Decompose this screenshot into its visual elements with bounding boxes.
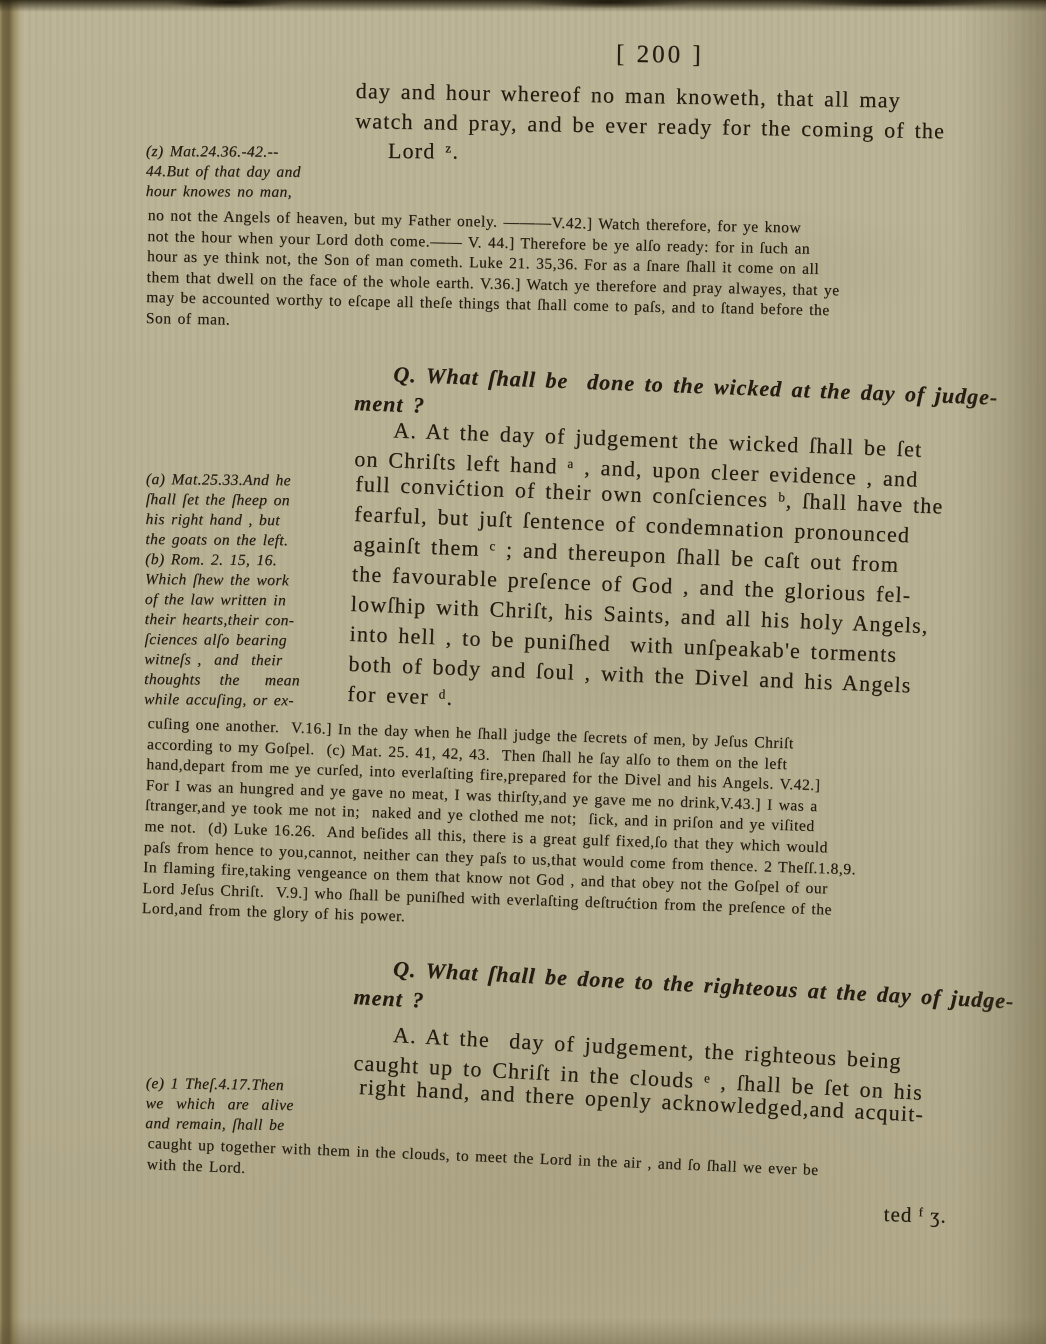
margin-note-e: (e) 1 Theſ.4.17.Then we which are alive … <box>145 1074 294 1136</box>
footnote-e-text: caught up together with them in the clou… <box>146 1134 819 1202</box>
margin-note-z: (z) Mat.24.36.-42.-- 44.But of that day … <box>146 142 301 203</box>
page-gutter-shadow <box>956 0 1046 1344</box>
page-bottom-edge <box>0 1318 1046 1344</box>
page-left-edge <box>0 0 22 1344</box>
answer-wicked-body: full convićtion of their own conſciences… <box>347 469 944 731</box>
book-page-scan: [ 200 ] day and hour whereof no man know… <box>0 0 1046 1344</box>
footnote-z-text: no not the Angels of heaven, but my Fath… <box>146 206 841 343</box>
catchword: ted ᶠ ʒ. <box>883 1202 947 1229</box>
page-top-edge <box>0 0 1046 12</box>
margin-note-a-b: (a) Mat.25.33.And he ſhall ſet the ſheep… <box>144 470 302 711</box>
lord-line: Lord ᶻ. <box>388 136 459 166</box>
page-number: [ 200 ] <box>545 40 775 70</box>
footnote-c-d-text: cuſing one another. V.16.] In the day wh… <box>142 714 861 942</box>
